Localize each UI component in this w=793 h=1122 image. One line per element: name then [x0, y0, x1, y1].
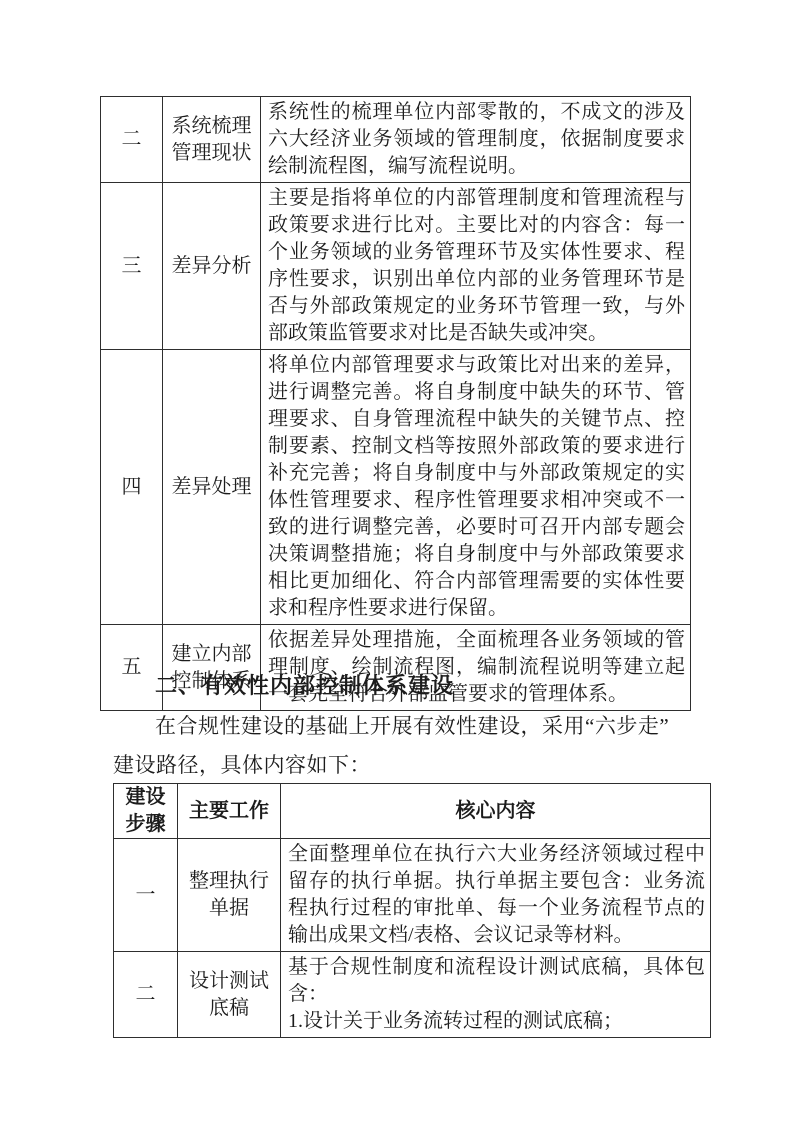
- work-name-cell: 系统梳理 管理现状: [163, 97, 261, 183]
- column-header-content: 核心内容: [281, 784, 711, 839]
- work-name-cell: 差异处理: [163, 350, 261, 625]
- content-cell: 将单位内部管理要求与政策比对出来的差异，进行调整完善。将自身制度中缺失的环节、管…: [261, 350, 691, 625]
- table-header-row: 建设 步骤 主要工作 核心内容: [114, 784, 711, 839]
- table-row: 一 整理执行 单据 全面整理单位在执行六大业务经济领域过程中留存的执行单据。执行…: [114, 839, 711, 952]
- content-cell: 主要是指将单位的内部管理制度和管理流程与政策要求进行比对。主要比对的内容含：每一…: [261, 183, 691, 350]
- step-number-cell: 二: [114, 952, 178, 1038]
- table-row: 二 系统梳理 管理现状 系统性的梳理单位内部零散的，不成文的涉及六大经济业务领域…: [101, 97, 691, 183]
- content-cell: 全面整理单位在执行六大业务经济领域过程中留存的执行单据。执行单据主要包含：业务流…: [281, 839, 711, 952]
- work-name-cell: 设计测试 底稿: [178, 952, 281, 1038]
- table-row: 二 设计测试 底稿 基于合规性制度和流程设计测试底稿，具体包含： 1.设计关于业…: [114, 952, 711, 1038]
- intro-paragraph-line: 在合规性建设的基础上开展有效性建设，采用“六步走”: [113, 707, 703, 746]
- step-number-cell: 五: [101, 625, 163, 711]
- table-row: 四 差异处理 将单位内部管理要求与政策比对出来的差异，进行调整完善。将自身制度中…: [101, 350, 691, 625]
- work-name-cell: 差异分析: [163, 183, 261, 350]
- content-cell: 基于合规性制度和流程设计测试底稿，具体包含： 1.设计关于业务流转过程的测试底稿…: [281, 952, 711, 1038]
- document-page: 二 系统梳理 管理现状 系统性的梳理单位内部零散的，不成文的涉及六大经济业务领域…: [0, 0, 793, 1122]
- step-number-cell: 三: [101, 183, 163, 350]
- step-number-cell: 一: [114, 839, 178, 952]
- step-number-cell: 二: [101, 97, 163, 183]
- intro-paragraph: 在合规性建设的基础上开展有效性建设，采用“六步走” 建设路径，具体内容如下：: [113, 707, 703, 785]
- table-row: 三 差异分析 主要是指将单位的内部管理制度和管理流程与政策要求进行比对。主要比对…: [101, 183, 691, 350]
- effectiveness-steps-table: 建设 步骤 主要工作 核心内容 一 整理执行 单据 全面整理单位在执行六大业务经…: [113, 783, 711, 1038]
- work-name-cell: 整理执行 单据: [178, 839, 281, 952]
- column-header-work: 主要工作: [178, 784, 281, 839]
- compliance-steps-table: 二 系统梳理 管理现状 系统性的梳理单位内部零散的，不成文的涉及六大经济业务领域…: [100, 96, 691, 711]
- section-heading: 二、有效性内部控制体系建设: [155, 669, 454, 700]
- step-number-cell: 四: [101, 350, 163, 625]
- intro-paragraph-line: 建设路径，具体内容如下：: [113, 746, 703, 785]
- content-cell: 系统性的梳理单位内部零散的，不成文的涉及六大经济业务领域的管理制度，依据制度要求…: [261, 97, 691, 183]
- column-header-step: 建设 步骤: [114, 784, 178, 839]
